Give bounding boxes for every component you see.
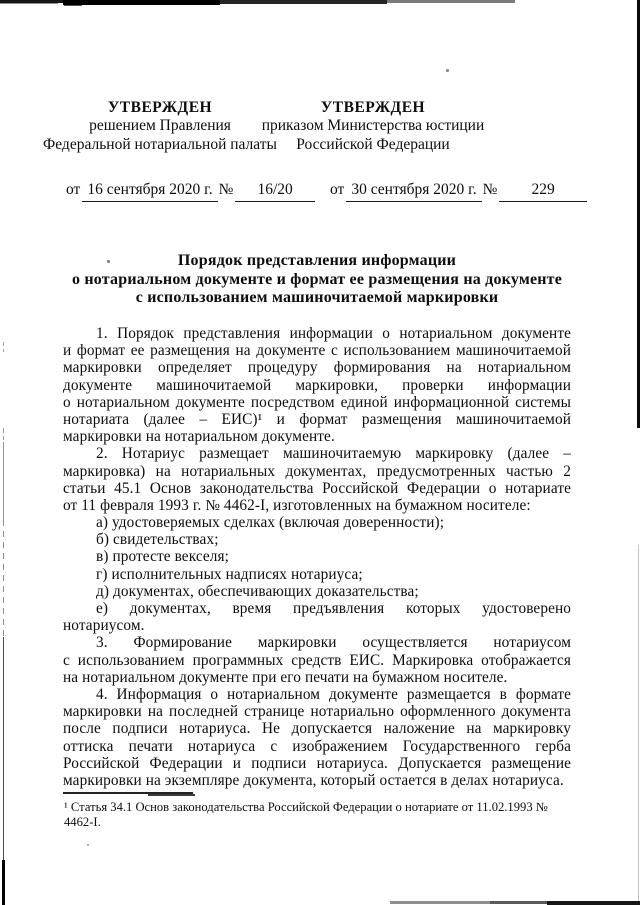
document-number: 229 (499, 181, 586, 202)
title-line: о нотариальном документе и формат ее раз… (63, 271, 571, 290)
text-line: маркировка) на нотариальных документах, … (63, 463, 571, 480)
scan-artifact-left-edge-3 (3, 428, 4, 433)
scan-artifact-top-bar-4 (387, 0, 515, 3)
text-line: после подписи нотариуса. Не допускается … (63, 720, 571, 737)
approval-line: Российской Федерации (253, 136, 493, 154)
scan-artifact-left-edge-5 (3, 442, 5, 520)
text-line: 1. Порядок представления информации о но… (63, 325, 571, 342)
text-line: и формат ее размещения на документе с ис… (63, 342, 571, 359)
text-line: 2. Нотариус размещает машиночитаемую мар… (63, 445, 571, 462)
footnote-text: ¹ Статья 34.1 Основ законодательства Рос… (64, 800, 564, 830)
date-value: 16 сентября 2020 г. (82, 181, 217, 202)
text-line: о нотариальном документе посредством еди… (63, 394, 571, 411)
text-line: б) свидетельствах; (63, 531, 571, 548)
title-line: Порядок представления информации (63, 252, 571, 271)
approval-block-minjust: УТВЕРЖДЕН приказом Министерства юстиции … (253, 99, 493, 154)
text-line: маркировки на последней странице нотариа… (63, 703, 571, 720)
text-line: нотариусом. (63, 617, 571, 634)
scan-artifact-right-edge-line (637, 0, 640, 428)
approval-line: Федеральной нотариальной палаты (40, 136, 280, 154)
text-line: 4. Информация о нотариальном документе р… (63, 686, 571, 703)
text-line: документе машиночитаемой маркировки, про… (63, 377, 571, 394)
scan-artifact-bottom-bar-1 (390, 901, 490, 904)
text-line: маркировки на нотариальном документе. (63, 428, 571, 445)
text-line: маркировки определяет процедуру формиров… (63, 359, 571, 376)
scan-artifact-bottom-bar-3 (547, 901, 640, 905)
approval-date-fnp: от16 сентября 2020 г.№16/20 (66, 181, 315, 202)
text-line: Российской Федерации и подписи нотариуса… (63, 755, 571, 772)
scan-artifact-left-edge-4 (3, 436, 4, 440)
number-sign: № (219, 181, 234, 198)
text-line: 3. Формирование маркировки осуществляетс… (63, 634, 571, 651)
text-line: статьи 45.1 Основ законодательства Росси… (63, 480, 571, 497)
document-title: Порядок представления информации о нотар… (63, 252, 571, 308)
footnote-rule-overlap (148, 794, 195, 796)
scan-artifact-left-edge-dashed (3, 520, 5, 637)
approval-title: УТВЕРЖДЕН (40, 99, 280, 117)
scan-artifact-speck-3 (87, 844, 89, 846)
approval-date-minjust: от30 сентября 2020 г.№229 (330, 181, 587, 202)
document-number: 16/20 (235, 181, 314, 202)
text-line: а) удостоверяемых сделках (включая довер… (63, 514, 571, 531)
approval-title: УТВЕРЖДЕН (253, 99, 493, 117)
date-prefix: от (66, 181, 80, 198)
scan-artifact-top-bar-3 (220, 0, 387, 4)
date-prefix: от (330, 181, 344, 198)
text-line: нотариата (далее – ЕИС)¹ и формат размещ… (63, 411, 571, 428)
text-line: на нотариальном документе при его печати… (63, 669, 571, 686)
text-line: оттиска печати нотариуса с изображением … (63, 738, 571, 755)
approval-line: приказом Министерства юстиции (253, 117, 493, 135)
scan-artifact-left-edge-1 (3, 342, 4, 346)
scan-artifact-left-edge-2 (3, 349, 4, 352)
text-line: е) документах, время предъявления которы… (63, 600, 571, 617)
scan-artifact-right-edge-faint (638, 545, 639, 905)
scan-artifact-top-bar-2 (63, 0, 220, 5)
text-line: в) протесте векселя; (63, 548, 571, 565)
text-line: от 11 февраля 1993 г. № 4462-I, изготовл… (63, 497, 571, 514)
scan-artifact-left-edge-7 (2, 860, 5, 905)
document-body: 1. Порядок представления информации о но… (63, 325, 571, 789)
text-line: с использованием программных средств ЕИС… (63, 652, 571, 669)
document-page: УТВЕРЖДЕН решением Правления Федеральной… (0, 0, 640, 905)
text-line: д) документах, обеспечивающих доказатель… (63, 583, 571, 600)
scan-artifact-top-bar-mark (64, 5, 82, 6)
title-line: с использованием машиночитаемой маркиров… (63, 289, 571, 308)
text-line: г) исполнительных надписях нотариуса; (63, 566, 571, 583)
scan-artifact-speck-2 (446, 69, 449, 72)
text-line: маркировки на экземпляре документа, кото… (63, 772, 571, 789)
approval-line: решением Правления (40, 117, 280, 135)
scan-artifact-top-bar-gray (0, 3, 58, 4)
date-value: 30 сентября 2020 г. (346, 181, 481, 202)
number-sign: № (483, 181, 498, 198)
scan-artifact-left-edge-6 (3, 637, 5, 860)
approval-block-fnp: УТВЕРЖДЕН решением Правления Федеральной… (40, 99, 280, 154)
scan-artifact-bottom-bar-2 (490, 901, 547, 904)
